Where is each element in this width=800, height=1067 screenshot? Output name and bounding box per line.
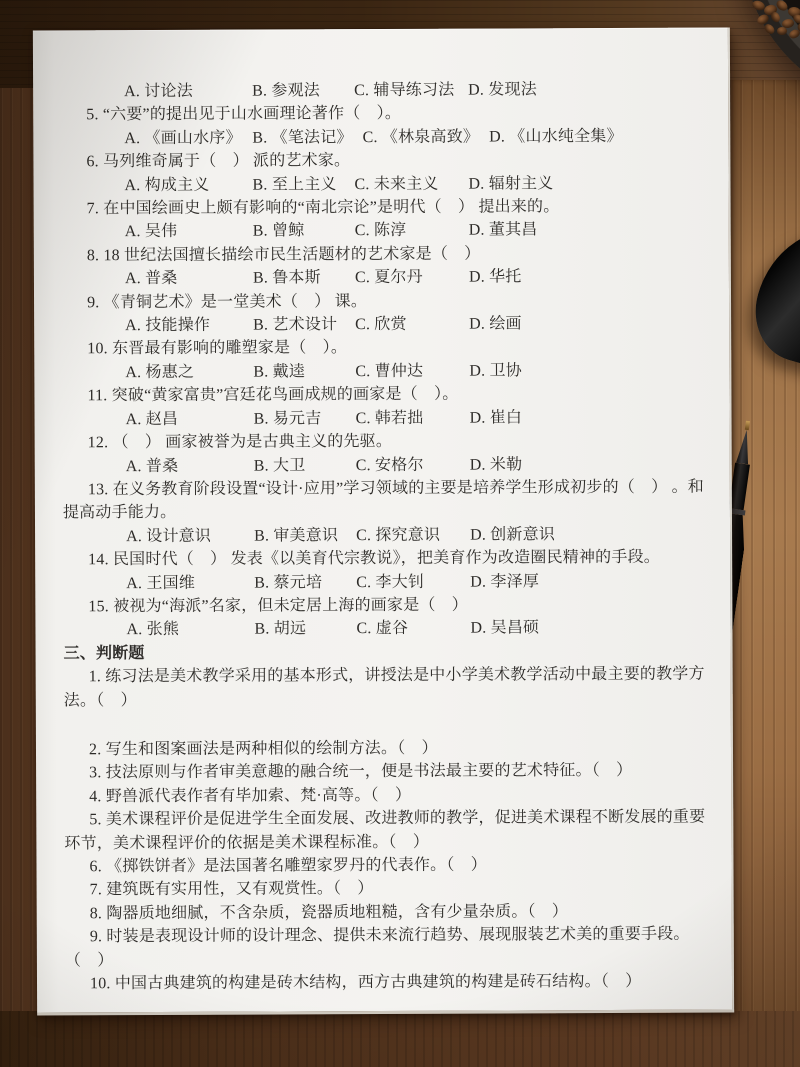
choice-option: D. 绘画: [469, 312, 522, 336]
choice-question-text: 7. 在中国绘画史上颇有影响的“南北宗论”是明代（ ） 提出来的。: [62, 195, 719, 221]
judgment-question-text: 7. 建筑既有实用性，又有观赏性。（ ）: [65, 876, 722, 902]
section-heading: 三、判断题: [64, 639, 721, 665]
choice-option: D. 卫协: [469, 359, 522, 383]
choice-option: B. 戴逵: [253, 360, 345, 384]
photo-scene: A. 讨论法B. 参观法C. 辅导练习法D. 发现法5. “六要”的提出见于山水…: [0, 0, 800, 1067]
choice-option: D. 创新意识: [470, 523, 555, 547]
choice-option: A. 普桑: [126, 454, 244, 478]
judgment-question-text: 4. 野兽派代表作者有毕加索、梵·高等。（ ）: [64, 782, 721, 808]
choice-option: C. 李大钊: [356, 570, 460, 594]
choice-option: B. 胡远: [254, 618, 346, 642]
choice-question-text: 11. 突破“黄家富贵”宫廷花鸟画成规的画家是（ ）。: [62, 382, 719, 408]
choice-option: D. 吴昌硕: [470, 617, 539, 641]
judgment-question-text: 6. 《掷铁饼者》是法国著名雕塑家罗丹的代表作。（ ）: [64, 853, 721, 879]
judgment-question-text: 8. 陶器质地细腻，不含杂质，瓷器质地粗糙，含有少量杂质。（ ）: [65, 899, 722, 925]
choice-option: C. 虚谷: [356, 617, 460, 641]
pen-tip: [745, 421, 750, 430]
choice-option: D. 李泽厚: [470, 570, 539, 594]
choice-question-text: 6. 马列维奇属于（ ） 派的艺术家。: [61, 148, 718, 174]
choice-option: A. 技能操作: [125, 314, 243, 338]
choice-option: C. 未来主义: [354, 172, 458, 196]
choice-option: A. 讨论法: [124, 80, 242, 104]
exam-paper: A. 讨论法B. 参观法C. 辅导练习法D. 发现法5. “六要”的提出见于山水…: [33, 27, 734, 1015]
choice-options-row: A. 构成主义B. 至上主义C. 未来主义D. 辐射主义: [61, 171, 718, 197]
choice-option: B. 蔡元培: [254, 571, 346, 595]
choice-question-text: 13. 在义务教育阶段设置“设计·应用”学习领域的主要是培养学生形成初步的（ ）…: [63, 475, 720, 525]
choice-option: C. 陈淳: [355, 219, 459, 243]
choice-options-row: A. 吴伟B. 曾鲸C. 陈淳D. 董其昌: [62, 218, 719, 244]
judgment-question-text: 2. 写生和图案画法是两种相似的绘制方法。（ ）: [64, 735, 721, 761]
choice-option: B. 审美意识: [254, 524, 346, 548]
choice-option: D. 《山水纯全集》: [489, 125, 623, 149]
choice-option: D. 董其昌: [469, 219, 538, 243]
choice-option: A. 杨惠之: [125, 360, 243, 384]
pen-nib-cone: [734, 429, 755, 465]
choice-question-text: 14. 民国时代（ ） 发表《以美育代宗教说》，把美育作为改造圈民精神的手段。: [63, 546, 720, 572]
choice-option: C. 辅导练习法: [354, 79, 458, 103]
choice-option: A. 张熊: [126, 618, 244, 642]
choice-question-text: 12. （ ） 画家被誉为是古典主义的先驱。: [63, 429, 720, 455]
choice-options-row: A. 普桑B. 鲁本斯C. 夏尔丹D. 华托: [62, 265, 719, 291]
choice-option: C. 夏尔丹: [355, 266, 459, 290]
choice-option: B. 《笔法记》: [252, 126, 352, 150]
choice-option: B. 至上主义: [252, 173, 344, 197]
choice-option: C. 韩若拙: [355, 406, 459, 430]
judgment-question-text: 9. 时装是表现设计师的设计理念、提供未来流行趋势、展现服装艺术美的重要手段。（…: [65, 923, 722, 973]
judgment-question-text: 1. 练习法是美术教学采用的基本形式，讲授法是中小学美术教学活动中最主要的教学方…: [64, 663, 721, 713]
choice-question-list: A. 讨论法B. 参观法C. 辅导练习法D. 发现法5. “六要”的提出见于山水…: [61, 78, 720, 643]
choice-option: B. 艺术设计: [253, 313, 345, 337]
choice-options-row: A. 设计意识B. 审美意识C. 探究意识D. 创新意识: [63, 522, 720, 548]
choice-options-row: A. 《画山水序》B. 《笔法记》C. 《林泉高致》D. 《山水纯全集》: [61, 124, 718, 150]
choice-option: A. 赵昌: [126, 407, 244, 431]
choice-options-row: A. 普桑B. 大卫C. 安格尔D. 米勒: [63, 452, 720, 478]
choice-options-row: A. 技能操作B. 艺术设计C. 欣赏D. 绘画: [62, 312, 719, 338]
choice-options-row: A. 王国维B. 蔡元培C. 李大钊D. 李泽厚: [63, 569, 720, 595]
choice-option: D. 发现法: [468, 78, 537, 102]
choice-option: A. 构成主义: [124, 173, 242, 197]
choice-question-text: 10. 东晋最有影响的雕塑家是（ ）。: [62, 335, 719, 361]
choice-option: D. 辐射主义: [468, 172, 553, 196]
choice-option: C. 探究意识: [356, 523, 460, 547]
choice-option: B. 大卫: [254, 454, 346, 478]
choice-option: D. 华托: [469, 266, 522, 290]
choice-options-row: A. 讨论法B. 参观法C. 辅导练习法D. 发现法: [61, 78, 718, 104]
coffee-bean: [777, 27, 787, 35]
choice-option: D. 崔白: [469, 406, 522, 430]
choice-options-row: A. 张熊B. 胡远C. 虚谷D. 吴昌硕: [63, 616, 720, 642]
choice-option: D. 米勒: [470, 453, 523, 477]
choice-option: B. 鲁本斯: [253, 266, 345, 290]
choice-options-row: A. 赵昌B. 易元吉C. 韩若拙D. 崔白: [63, 405, 720, 431]
judgment-question-list: 1. 练习法是美术教学采用的基本形式，讲授法是中小学美术教学活动中最主要的教学方…: [64, 663, 722, 996]
judgment-question-text: 3. 技法原则与作者审美意趣的融合统一，便是书法最主要的艺术特征。（ ）: [64, 759, 721, 785]
choice-question-text: 15. 被视为“海派”名家，但未定居上海的画家是（ ）: [63, 592, 720, 618]
choice-question-text: 5. “六要”的提出见于山水画理论著作（ ）。: [61, 101, 718, 127]
choice-option: A. 王国维: [126, 571, 244, 595]
choice-option: A. 《画山水序》: [124, 126, 242, 150]
choice-option: B. 参观法: [252, 79, 344, 103]
choice-option: A. 设计意识: [126, 524, 244, 548]
choice-option: C. 曹仲达: [355, 360, 459, 384]
choice-option: C. 欣赏: [355, 313, 459, 337]
choice-option: B. 曾鲸: [253, 220, 345, 244]
judgment-question-text: 10. 中国古典建筑的构建是砖木结构，西方古典建筑的构建是砖石结构。（ ）: [65, 970, 722, 996]
choice-question-text: 9. 《青铜艺术》是一堂美术（ ） 课。: [62, 288, 719, 314]
choice-option: C. 《林泉高致》: [363, 125, 480, 149]
choice-question-text: 8. 18 世纪法国擅长描绘市民生活题材的艺术家是（ ）: [62, 241, 719, 267]
judgment-question-text: 5. 美术课程评价是促进学生全面发展、改进教师的教学，促进美术课程不断发展的重要…: [64, 806, 721, 856]
desk-bottom-plank: [0, 1011, 800, 1067]
choice-option: A. 普桑: [125, 267, 243, 291]
choice-option: B. 易元吉: [254, 407, 346, 431]
choice-option: C. 安格尔: [356, 453, 460, 477]
choice-option: A. 吴伟: [125, 220, 243, 244]
choice-options-row: A. 杨惠之B. 戴逵C. 曹仲达D. 卫协: [62, 358, 719, 384]
